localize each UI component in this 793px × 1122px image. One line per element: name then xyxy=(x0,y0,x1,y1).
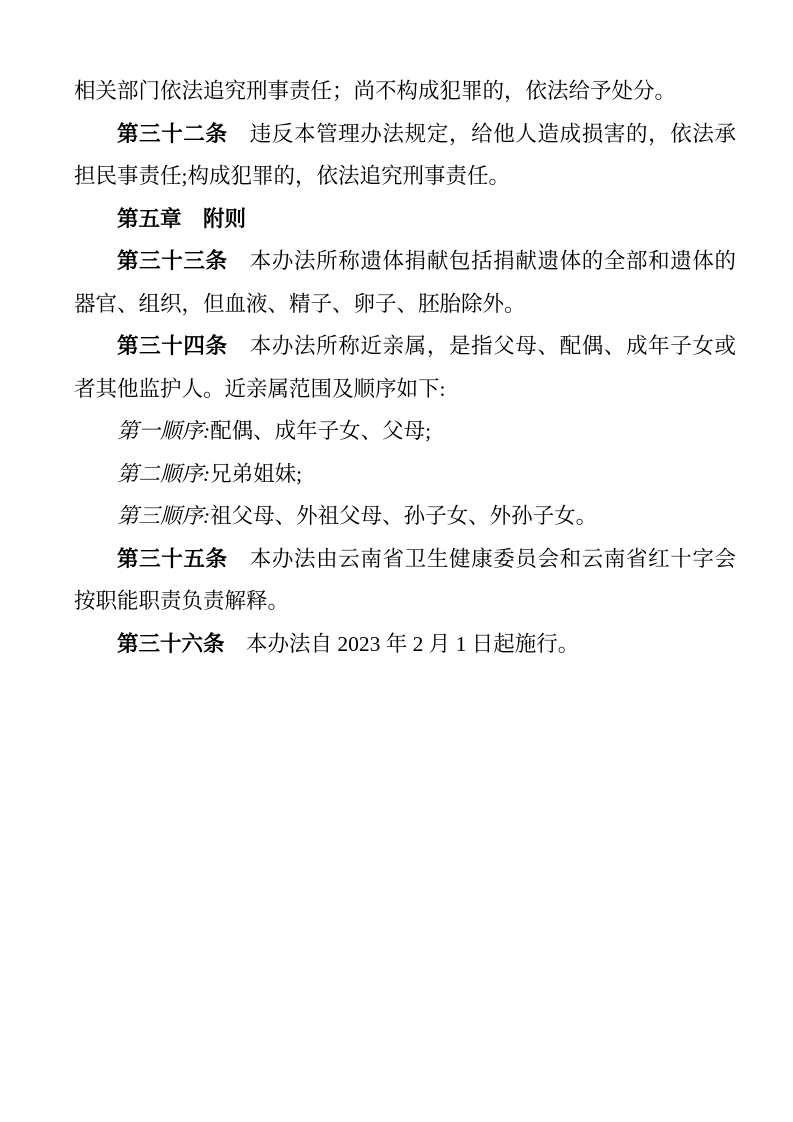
order-prefix: 第一顺序: xyxy=(117,419,210,443)
article-number: 第三十四条 xyxy=(117,334,228,358)
article-number: 第三十二条 xyxy=(117,122,228,146)
article-body-text: 本办法自 2023 年 2 月 1 日起施行。 xyxy=(225,632,580,656)
chapter-heading-text: 第五章 附则 xyxy=(117,207,246,231)
chapter-heading: 第五章 附则 xyxy=(74,198,736,241)
paragraph-order-3: 第三顺序:祖父母、外祖父母、孙子女、外孙子女。 xyxy=(74,495,736,538)
order-text: 兄弟姐妹; xyxy=(210,462,302,486)
paragraph-order-1: 第一顺序:配偶、成年子女、父母; xyxy=(74,410,736,453)
paragraph-article-36: 第三十六条 本办法自 2023 年 2 月 1 日起施行。 xyxy=(74,623,736,666)
article-number: 第三十五条 xyxy=(117,547,228,571)
order-prefix: 第三顺序: xyxy=(117,504,210,528)
order-text: 配偶、成年子女、父母; xyxy=(210,419,431,443)
document-page: 相关部门依法追究刑事责任；尚不构成犯罪的，依法给予处分。 第三十二条 违反本管理… xyxy=(0,0,793,1122)
body-text: 相关部门依法追究刑事责任；尚不构成犯罪的，依法给予处分。 xyxy=(74,79,676,103)
paragraph-article-32: 第三十二条 违反本管理办法规定，给他人造成损害的，依法承担民事责任;构成犯罪的，… xyxy=(74,113,736,198)
article-number: 第三十六条 xyxy=(117,632,225,656)
article-number: 第三十三条 xyxy=(117,249,228,273)
paragraph-continuation: 相关部门依法追究刑事责任；尚不构成犯罪的，依法给予处分。 xyxy=(74,70,736,113)
paragraph-article-33: 第三十三条 本办法所称遗体捐献包括捐献遗体的全部和遗体的器官、组织，但血液、精子… xyxy=(74,240,736,325)
paragraph-order-2: 第二顺序:兄弟姐妹; xyxy=(74,453,736,496)
order-text: 祖父母、外祖父母、孙子女、外孙子女。 xyxy=(210,504,597,528)
order-prefix: 第二顺序: xyxy=(117,462,210,486)
paragraph-article-35: 第三十五条 本办法由云南省卫生健康委员会和云南省红十字会按职能职责负责解释。 xyxy=(74,538,736,623)
paragraph-article-34: 第三十四条 本办法所称近亲属，是指父母、配偶、成年子女或者其他监护人。近亲属范围… xyxy=(74,325,736,410)
